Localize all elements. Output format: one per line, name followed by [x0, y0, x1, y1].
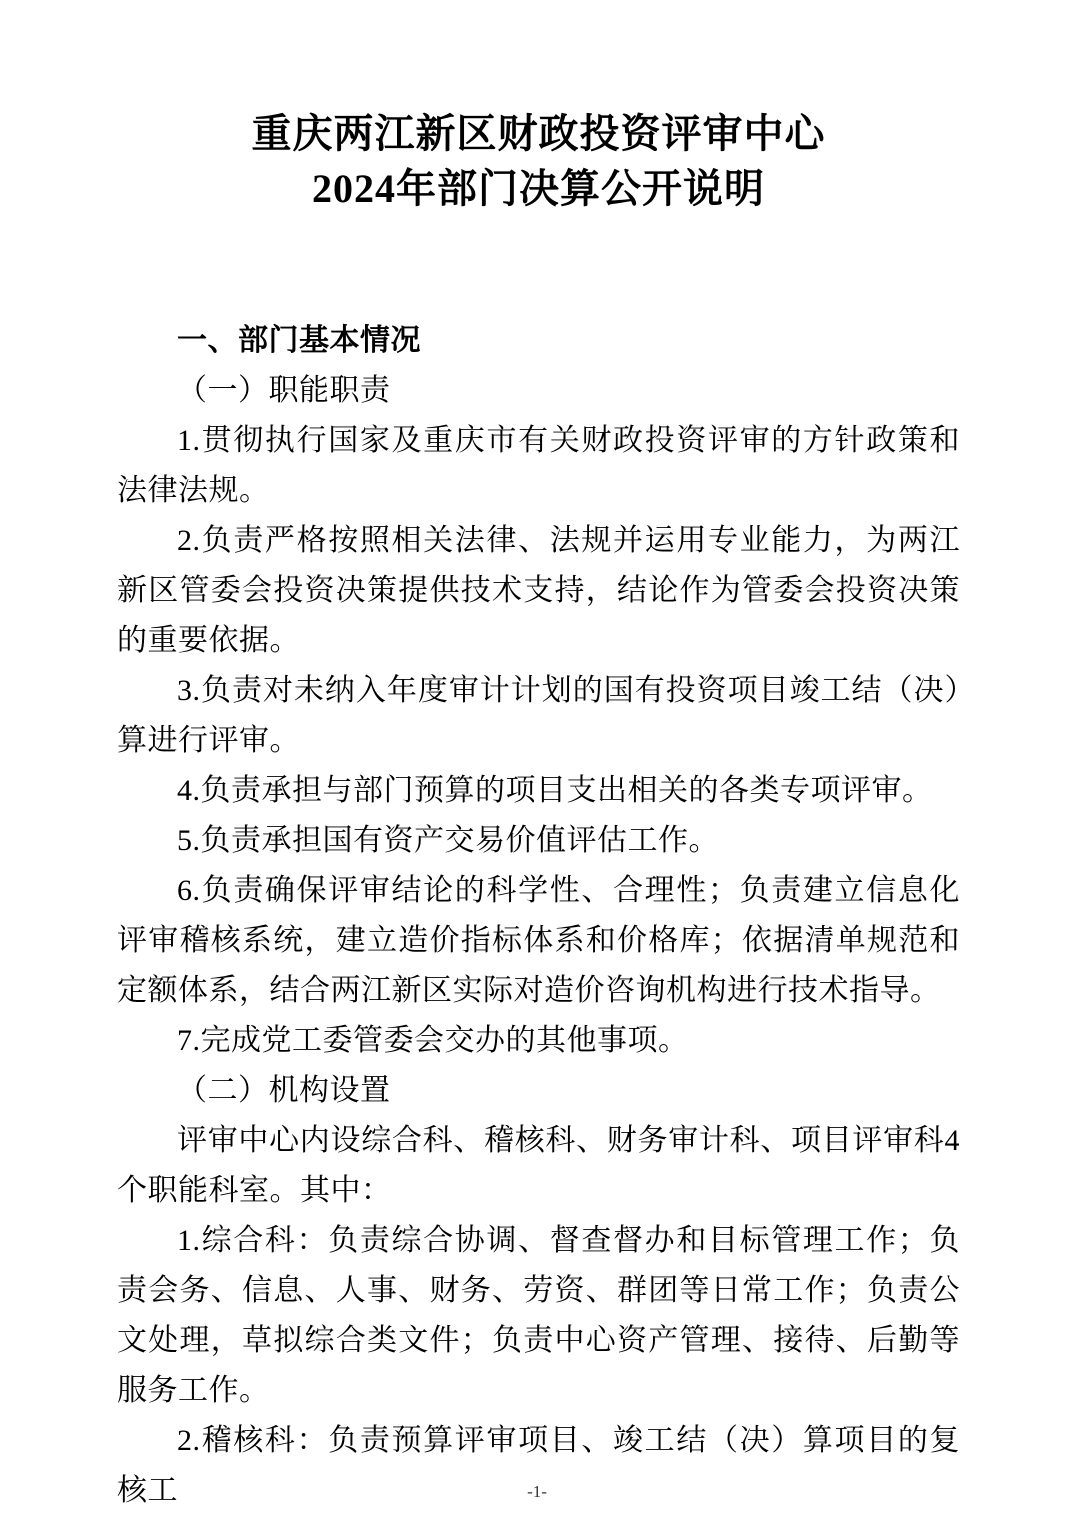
document-page: 重庆两江新区财政投资评审中心 2024年部门决算公开说明 一、部门基本情况 （一… [0, 0, 1074, 1520]
document-body: 一、部门基本情况 （一）职能职责 1.贯彻执行国家及重庆市有关财政投资评审的方针… [117, 316, 960, 1516]
document-content: 重庆两江新区财政投资评审中心 2024年部门决算公开说明 一、部门基本情况 （一… [117, 0, 960, 1516]
subsection-heading-duties: （一）职能职责 [117, 366, 960, 416]
subsection-heading-organization: （二）机构设置 [117, 1066, 960, 1116]
page-number: -1- [0, 1482, 1074, 1502]
document-title: 重庆两江新区财政投资评审中心 2024年部门决算公开说明 [117, 0, 960, 216]
duty-item-3: 3.负责对未纳入年度审计计划的国有投资项目竣工结（决）算进行评审。 [117, 666, 960, 766]
duty-item-1: 1.贯彻执行国家及重庆市有关财政投资评审的方针政策和法律法规。 [117, 416, 960, 516]
duty-item-2: 2.负责严格按照相关法律、法规并运用专业能力，为两江新区管委会投资决策提供技术支… [117, 516, 960, 666]
duty-item-6: 6.负责确保评审结论的科学性、合理性；负责建立信息化评审稽核系统，建立造价指标体… [117, 866, 960, 1016]
duty-item-4: 4.负责承担与部门预算的项目支出相关的各类专项评审。 [117, 766, 960, 816]
section-heading-basic-info: 一、部门基本情况 [117, 316, 960, 366]
duty-item-5: 5.负责承担国有资产交易价值评估工作。 [117, 816, 960, 866]
document-title-line-2: 2024年部门决算公开说明 [117, 161, 960, 216]
organization-intro-paragraph: 评审中心内设综合科、稽核科、财务审计科、项目评审科4个职能科室。其中： [117, 1116, 960, 1216]
duty-item-7: 7.完成党工委管委会交办的其他事项。 [117, 1016, 960, 1066]
organization-item-1: 1.综合科：负责综合协调、督查督办和目标管理工作；负责会务、信息、人事、财务、劳… [117, 1216, 960, 1416]
document-title-line-1: 重庆两江新区财政投资评审中心 [117, 106, 960, 161]
